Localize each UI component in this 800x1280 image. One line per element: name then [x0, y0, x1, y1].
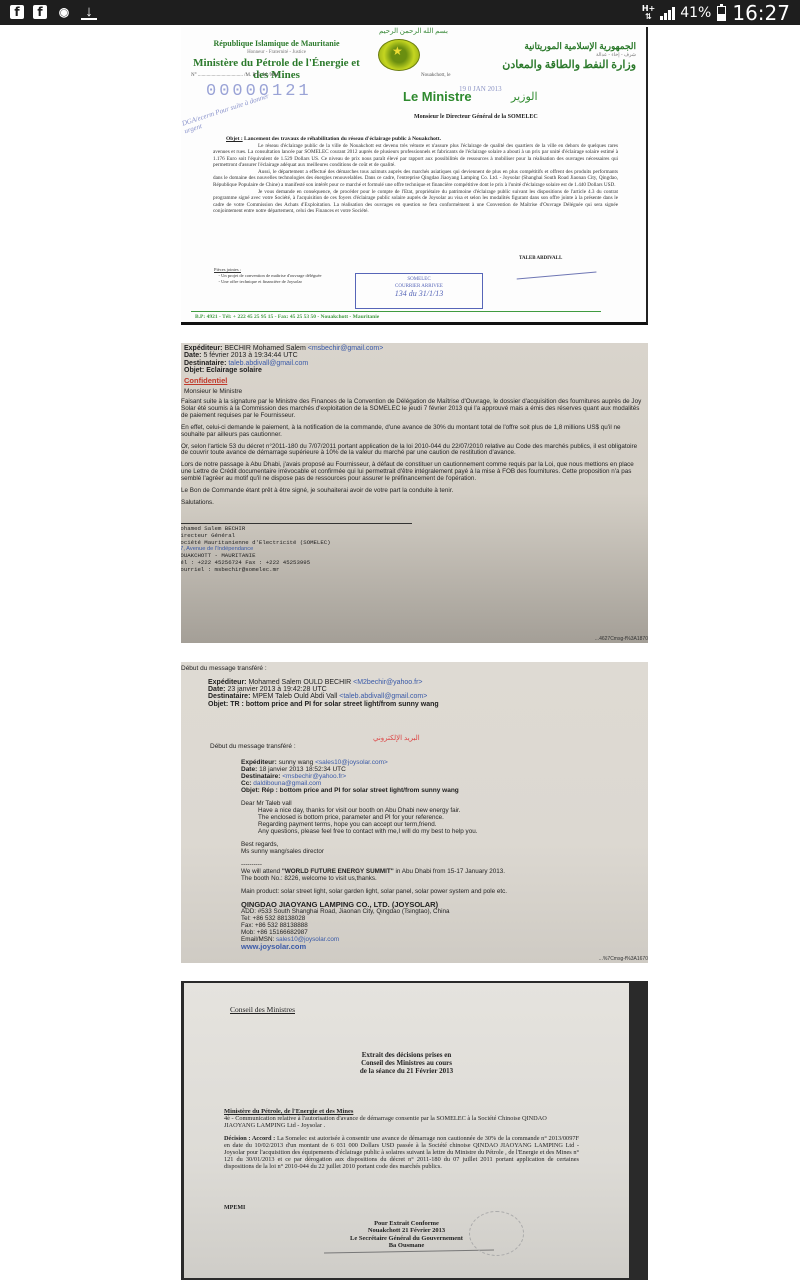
clock: 16:27 — [732, 1, 790, 25]
battery-percent: 41% — [680, 5, 711, 21]
network-type-icon: H+⇅ — [642, 5, 655, 21]
app-notification-icon: ◉ — [56, 4, 72, 20]
print-url-footer: ...4627Cmsg-f%3A1870 — [595, 636, 648, 642]
decision: Décision : Accord : La Somelec est autor… — [224, 1136, 579, 1171]
letter-body: Le réseau d'éclairage public de la ville… — [213, 143, 618, 215]
document-image-forwarded-email[interactable]: Début du message transféré : Expéditeur:… — [181, 662, 648, 963]
minister-title: Le Ministre — [403, 89, 472, 104]
letterhead-right: الجمهورية الإسلامية الموريتانية شرف - إخ… — [461, 41, 636, 71]
forward-label-inner: Début du message transféré : — [210, 743, 296, 750]
signature-divider — [181, 523, 412, 524]
system-indicators: H+⇅ 41% 16:27 — [642, 1, 790, 25]
forward-header: Expéditeur: Mohamed Salem OULD BECHIR <M… — [208, 679, 439, 708]
reference-number: N° .................................... … — [191, 73, 279, 78]
email-header: Expéditeur: BECHIR Mohamed Salem <msbech… — [184, 345, 383, 374]
forward-label: Début du message transféré : — [181, 665, 267, 672]
document-image-decision[interactable]: Conseil des Ministres Extrait des décisi… — [181, 981, 648, 1280]
basmala: بسم الله الرحمن الرحيم — [379, 27, 448, 35]
registration-stamp: SOMELEC COURRIER ARRIVEE 134 du 31/1/13 — [355, 273, 483, 309]
status-bar: f f ◉ ↓ H+⇅ 41% 16:27 — [0, 0, 800, 25]
addressee: Monsieur le Directeur Général de la SOME… — [414, 114, 634, 121]
confidential-label: Confidentiel — [184, 376, 227, 385]
extract-title: Extrait des décisions prises en Conseil … — [184, 1051, 629, 1075]
signature — [516, 259, 597, 280]
battery-icon — [717, 6, 726, 21]
print-url-footer: ...%7Cmsg-f%3A1670 — [599, 956, 648, 962]
ministry-header: Ministère du Pétrole, de l'Energie et de… — [224, 1108, 353, 1115]
mpem-label: MPEMI — [224, 1205, 245, 1211]
official-seal — [469, 1211, 524, 1256]
email-signature: Mohamed Salem BECHIR Directeur Général S… — [181, 526, 331, 574]
letter-footer: B.P: 4921 - Tél: + 222 45 25 95 15 - Fax… — [195, 314, 379, 320]
inner-email-body: Dear Mr Taleb vall Have a nice day, than… — [241, 800, 641, 950]
website-link: www.joysolar.com — [241, 943, 641, 950]
notification-icons: f f ◉ ↓ — [10, 4, 97, 20]
minister-title-ar: الوزير — [511, 90, 538, 103]
inner-email-header: Expéditeur: sunny wang <sales10@joysolar… — [241, 759, 459, 794]
signatory: TALEB ABDIVALL — [519, 256, 562, 261]
document-image-letter[interactable]: بسم الله الرحمن الرحيم République Islami… — [181, 27, 648, 325]
signal-icon — [660, 6, 675, 20]
signature — [324, 1250, 494, 1254]
communication: 4è - Communication relative à l'autorisa… — [224, 1115, 579, 1129]
facebook-icon: f — [33, 5, 47, 19]
letter-subject: Objet : Lancement des travaux de réhabil… — [226, 136, 441, 142]
salutation: Monsieur le Ministre — [184, 388, 242, 395]
place-date: Nouakchott, le — [421, 73, 450, 78]
national-seal-icon: ★ — [378, 39, 420, 71]
decision-paper: Conseil des Ministres Extrait des décisi… — [184, 983, 629, 1278]
footer-divider — [191, 311, 601, 312]
council-header: Conseil des Ministres — [230, 1005, 295, 1014]
arabic-annotation: البريد الإلكتروني — [373, 734, 420, 742]
attachments: Pièces jointes : - Un projet de conventi… — [214, 267, 322, 285]
document-image-email[interactable]: Expéditeur: BECHIR Mohamed Salem <msbech… — [181, 343, 648, 643]
download-icon: ↓ — [81, 4, 97, 20]
facebook-icon: f — [10, 5, 24, 19]
email-body: Faisant suite à la signature par le Mini… — [181, 399, 643, 512]
closing-block: Pour Extrait Conforme Nouakchott 21 Févr… — [184, 1220, 629, 1249]
